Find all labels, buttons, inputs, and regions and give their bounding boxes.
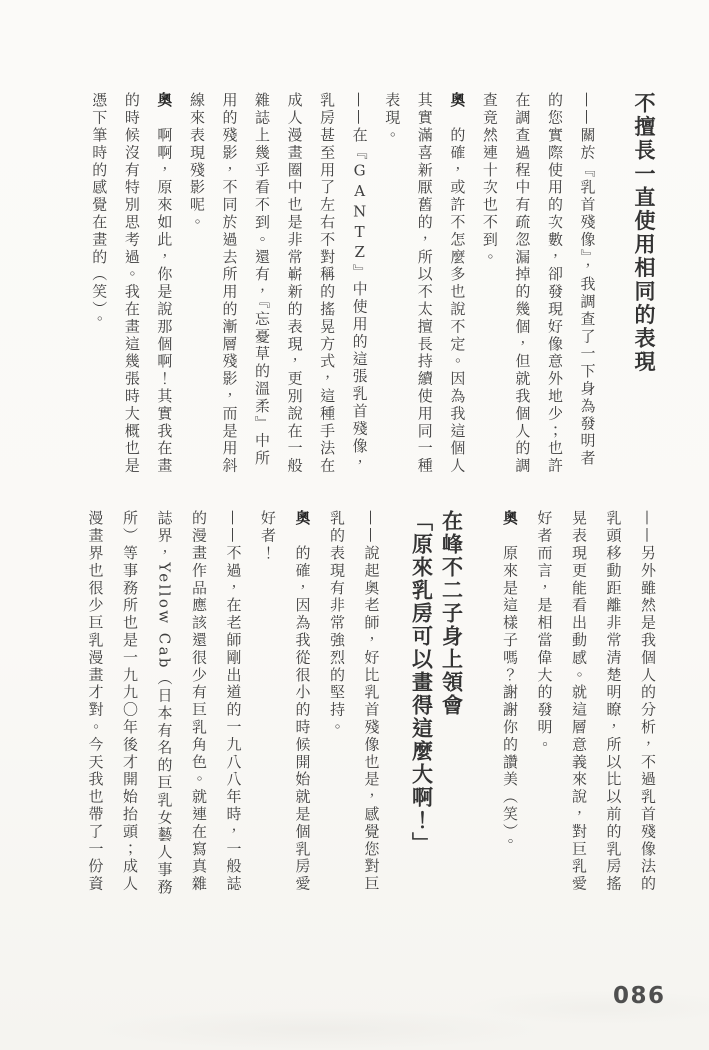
dialogue-paragraph: ——說起奧老師，好比乳首殘像也是，感覺您對巨乳的表現有非常強烈的堅持。 xyxy=(319,510,388,900)
speaker-label: 奧 xyxy=(448,92,466,109)
bottom-section-heading: 在峰不二子身上領會「原來乳房可以畫得這麼大啊！」 xyxy=(388,510,492,900)
dialogue-paragraph: ——在『GANTZ』中使用的這張乳首殘像，乳房甚至用了左右不對稱的搖晃方式，這種… xyxy=(180,92,375,482)
dialogue-text: ——說起奧老師，好比乳首殘像也是，感覺您對巨乳的表現有非常強烈的堅持。 xyxy=(328,510,381,893)
dialogue-paragraph: ——關於『乳首殘像』，我調查了一下身為發明者的您實際使用的次數，卻發現好像意外地… xyxy=(473,92,603,482)
dialogue-text: 』中使用的這張乳首殘像，乳房甚至用了左右不對稱的搖晃方式，這種手法在成人漫畫圈中… xyxy=(188,92,369,475)
dialogue-text: 啊啊，原來如此，你是說那個啊！其實我在畫的時候沒有特別思考過。我在畫這幾張時大概… xyxy=(90,92,173,475)
dialogue-paragraph: 奧 原來是這樣子嗎？謝謝你的讚美（笑）。 xyxy=(493,510,528,900)
dialogue-text: 的確，或許不怎麼多也說不定。因為我這個人其實滿喜新厭舊的，所以不太擅長持續使用同… xyxy=(383,92,466,475)
dialogue-paragraph: 奧 的確，因為我從很小的時候開始就是個乳房愛好者！ xyxy=(250,510,319,900)
bottom-heading-line2: 「原來乳房可以畫得這麼大啊！」 xyxy=(406,510,436,900)
speaker-label: 奧 xyxy=(501,510,519,527)
speaker-label: 奧 xyxy=(155,92,173,109)
section-bottom: ——另外雖然是我個人的分析，不過乳首殘像法的乳頭移動距離非常清楚明瞭，所以比以前… xyxy=(78,510,665,900)
speaker-label: 奧 xyxy=(293,510,311,527)
page-number: 086 xyxy=(613,985,666,1008)
dialogue-text: 原來是這樣子嗎？謝謝你的讚美（笑）。 xyxy=(501,527,519,850)
dialogue-paragraph: ——另外雖然是我個人的分析，不過乳首殘像法的乳頭移動距離非常清楚明瞭，所以比以前… xyxy=(527,510,665,900)
latin-title-gantz: GANTZ xyxy=(351,162,369,264)
dialogue-text: ——另外雖然是我個人的分析，不過乳首殘像法的乳頭移動距離非常清楚明瞭，所以比以前… xyxy=(536,510,658,893)
bottom-heading-line1: 在峰不二子身上領會 xyxy=(436,510,466,900)
top-section-heading: 不擅長一直使用相同的表現 xyxy=(604,92,660,482)
section-top: 不擅長一直使用相同的表現 ——關於『乳首殘像』，我調查了一下身為發明者的您實際使… xyxy=(83,92,659,482)
scanned-book-page: 不擅長一直使用相同的表現 ——關於『乳首殘像』，我調查了一下身為發明者的您實際使… xyxy=(0,0,709,1050)
dialogue-paragraph: ——不過，在老師剛出道的一九八八年時，一般誌的漫畫作品應該還很少有巨乳角色。就連… xyxy=(78,510,251,900)
dialogue-text: ——不過，在老師剛出道的一九八八年時，一般誌的漫畫作品應該還很少有巨乳角色。就連… xyxy=(86,510,242,896)
dialogue-text: ——關於『乳首殘像』，我調查了一下身為發明者的您實際使用的次數，卻發現好像意外地… xyxy=(481,92,597,475)
dialogue-paragraph: 奧 啊啊，原來如此，你是說那個啊！其實我在畫的時候沒有特別思考過。我在畫這幾張時… xyxy=(83,92,181,482)
dialogue-text: 的確，因為我從很小的時候開始就是個乳房愛好者！ xyxy=(259,510,312,893)
dialogue-paragraph: 奧 的確，或許不怎麼多也說不定。因為我這個人其實滿喜新厭舊的，所以不太擅長持續使… xyxy=(376,92,474,482)
dialogue-text: ——在『 xyxy=(351,92,369,162)
